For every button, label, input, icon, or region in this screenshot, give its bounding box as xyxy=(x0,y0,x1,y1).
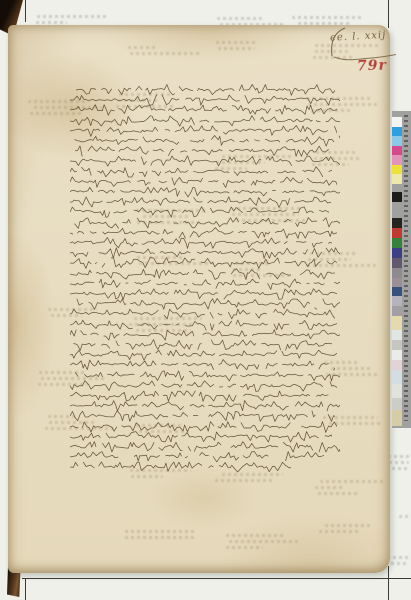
ghost-text xyxy=(318,492,360,495)
ghost-text xyxy=(325,524,370,527)
color-patch xyxy=(392,228,402,238)
ghost-text xyxy=(229,540,298,543)
color-patch xyxy=(392,410,402,426)
frame-line-bottom xyxy=(22,578,411,579)
ghost-text xyxy=(36,21,67,24)
color-patch xyxy=(392,127,402,137)
ghost-text xyxy=(226,546,263,549)
ghost-text xyxy=(226,534,284,537)
manuscript-photo-canvas: ee. l. xxij 79r xyxy=(0,0,411,600)
color-patch-gap xyxy=(392,184,402,193)
ghost-text xyxy=(399,515,409,518)
ghost-text xyxy=(389,461,409,464)
color-patch xyxy=(392,316,402,330)
color-patch xyxy=(392,350,402,360)
frame-line-top-left xyxy=(25,0,26,22)
ghost-text xyxy=(387,556,409,559)
ghost-text xyxy=(37,15,107,18)
color-patch xyxy=(392,146,402,156)
color-patch xyxy=(392,398,402,410)
ghost-text xyxy=(218,47,255,50)
manuscript-text-line xyxy=(70,461,291,474)
color-patch-gap xyxy=(392,202,402,218)
color-patch xyxy=(392,218,402,228)
color-patch xyxy=(392,278,402,287)
manuscript-page: ee. l. xxij 79r xyxy=(8,25,390,573)
color-patch xyxy=(392,248,402,258)
frame-line-bottom-left xyxy=(25,578,26,600)
color-patch xyxy=(392,165,402,175)
color-patch xyxy=(392,174,402,184)
color-patch xyxy=(392,136,402,146)
color-patch xyxy=(392,258,402,268)
color-patch xyxy=(392,384,402,398)
ghost-text xyxy=(215,479,272,482)
frame-line-top-right xyxy=(388,0,389,28)
color-patch xyxy=(392,192,402,202)
color-patch xyxy=(392,340,402,350)
ghost-text xyxy=(315,486,345,489)
ghost-text xyxy=(125,530,196,533)
ghost-text xyxy=(131,475,163,478)
ghost-text xyxy=(130,52,199,55)
target-label-text-marks xyxy=(404,115,408,421)
color-patch xyxy=(392,360,402,370)
ghost-text xyxy=(319,530,361,533)
color-patch xyxy=(392,306,402,316)
color-patch xyxy=(392,238,402,248)
ghost-text xyxy=(320,480,385,483)
ghost-text xyxy=(128,46,158,49)
color-patch xyxy=(392,370,402,384)
ghost-text xyxy=(125,536,194,539)
frame-line-bottom-right xyxy=(388,566,389,600)
color-patch-column xyxy=(392,117,402,426)
ghost-text xyxy=(217,17,263,20)
color-patch xyxy=(392,330,402,340)
color-patch xyxy=(392,287,402,296)
ghost-text xyxy=(292,16,364,19)
color-patch xyxy=(392,268,402,278)
color-patch xyxy=(392,296,402,306)
color-patch xyxy=(392,117,402,127)
ghost-text xyxy=(216,41,257,44)
color-patch xyxy=(392,155,402,165)
color-calibration-strip xyxy=(392,111,411,428)
folio-number: 79r xyxy=(357,57,387,74)
